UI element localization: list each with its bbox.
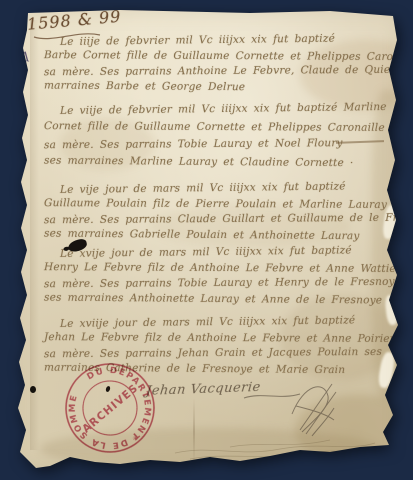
baptism-entry-3: Le vije jour de mars mil Vc iiijxx xix f… (44, 181, 392, 243)
paper-shadow: 1598 & 99 Λ Le iiije de febvrier mil Vc … (0, 0, 413, 480)
manuscript-line: ses marraines Anthoinette Lauray et Anne… (44, 290, 392, 309)
baptism-entry-1: Le iiije de febvrier mil Vc iiijxx xix f… (44, 33, 392, 95)
bottom-edge-fibers (170, 425, 380, 465)
manuscript-line: sa mère. Ses parrains Tobie Lauray et No… (44, 135, 392, 155)
scan-background: { "scan": { "background_color": "#1b2a45… (0, 0, 413, 480)
margin-folio-mark: Λ (19, 50, 30, 66)
baptism-entry-2: Le viije de febvrier mil Vc iiijxx xix f… (44, 101, 392, 171)
manuscript-line: ses marraines Marline Lauray et Claudine… (44, 152, 392, 173)
wormhole (30, 386, 36, 393)
baptism-entry-4: Le xvije jour de mars mil Vc iiijxx xix … (44, 245, 392, 307)
manuscript-paper: 1598 & 99 Λ Le iiije de febvrier mil Vc … (0, 0, 413, 480)
manuscript-line: Le viije de febvrier mil Vc iiijxx xix f… (44, 99, 392, 121)
manuscript-line: Cornet fille de Guillaume Cornette et Ph… (44, 118, 392, 137)
manuscript-line: marraines Barbe et George Delrue (44, 78, 392, 97)
scanner-bed: 1598 & 99 Λ Le iiije de febvrier mil Vc … (0, 0, 413, 480)
manuscript-line: ses marraines Gabrielle Poulain et Antho… (44, 226, 392, 245)
